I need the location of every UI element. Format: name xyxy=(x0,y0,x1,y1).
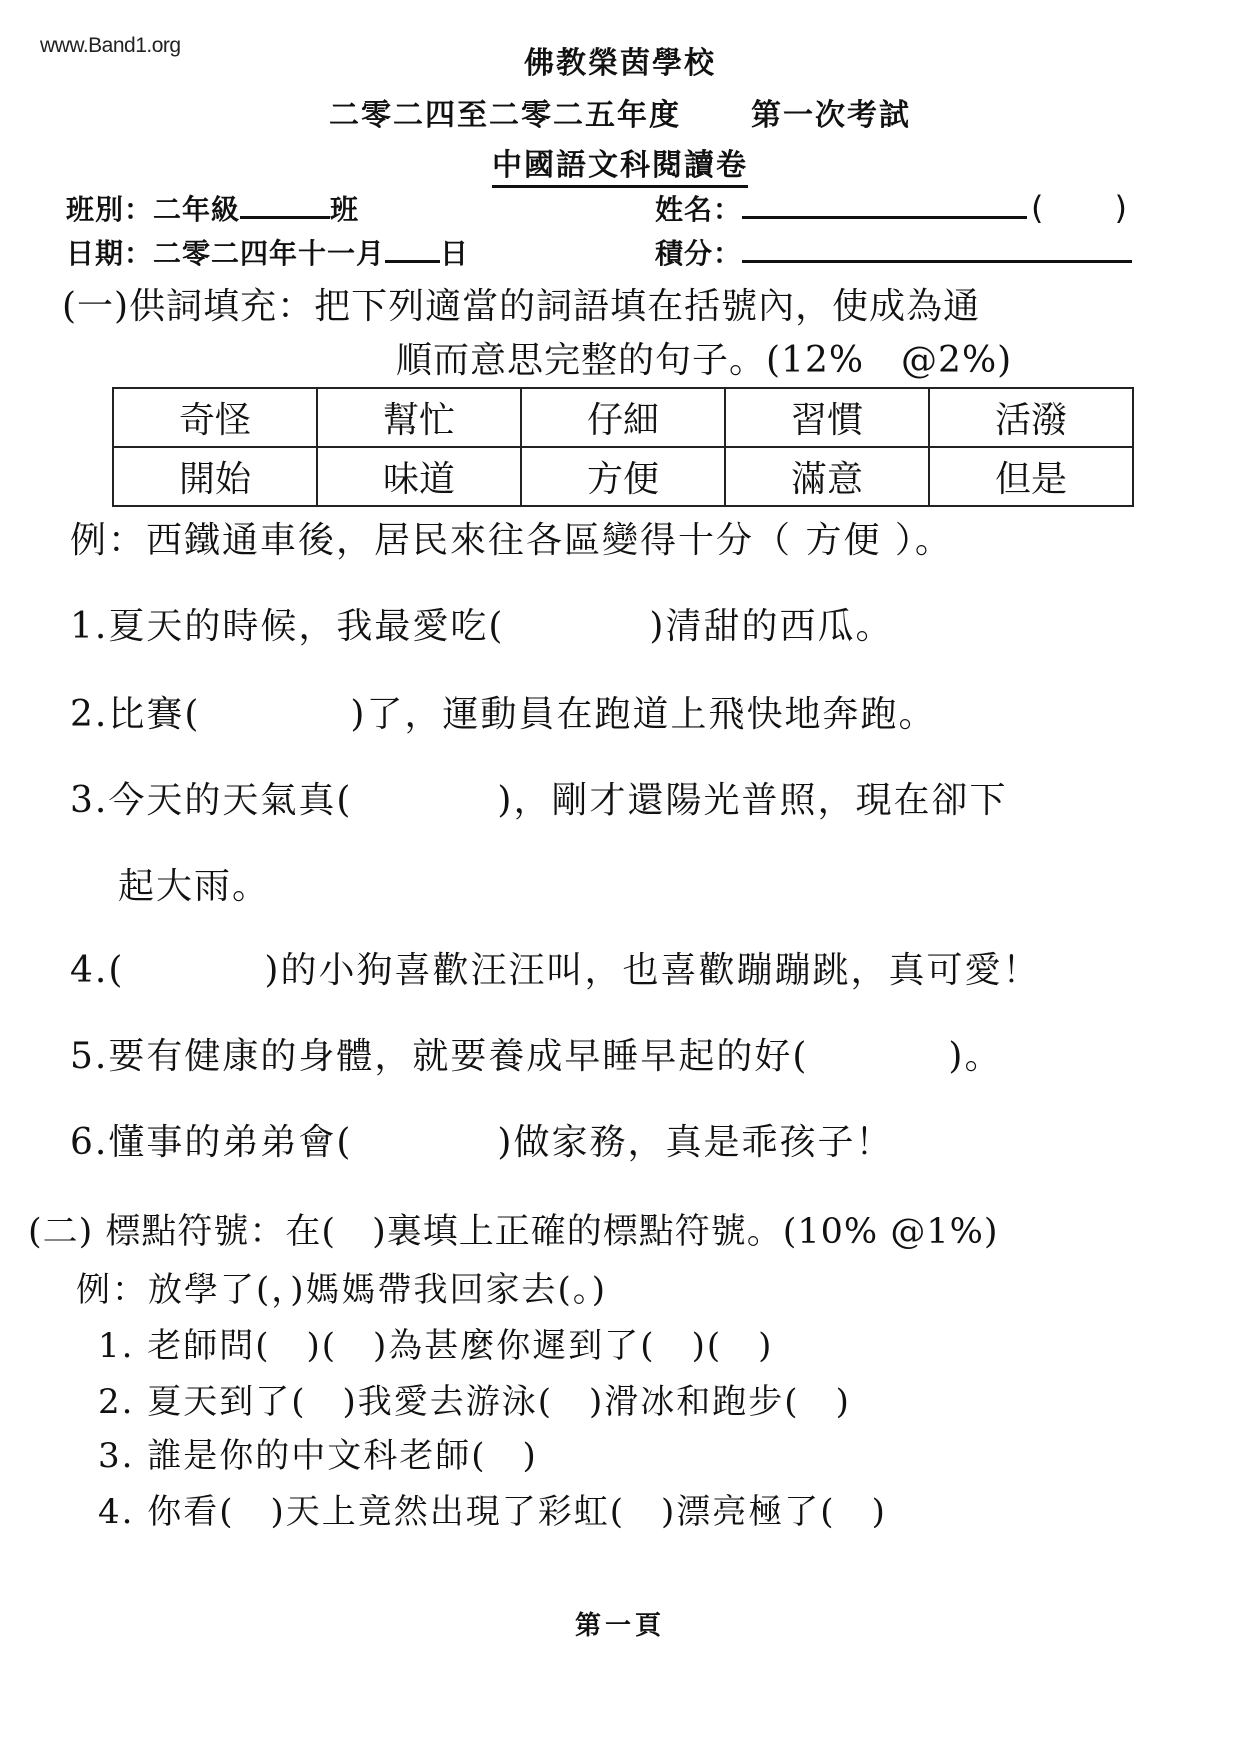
word-bank-cell: 滿意 xyxy=(725,447,929,506)
word-bank-cell: 仔細 xyxy=(521,388,725,447)
school-name: 佛教榮茵學校 xyxy=(0,38,1240,82)
question-4: 4.()的小狗喜歡汪汪叫，也喜歡蹦蹦跳，真可愛！ xyxy=(70,942,1040,993)
score-blank[interactable] xyxy=(742,259,1132,263)
paper-title-text: 中國語文科閱讀卷 xyxy=(492,148,748,188)
question-number: 3. xyxy=(70,780,108,821)
class-blank[interactable] xyxy=(240,215,330,219)
date-label: 日期：二零二四年十一月 xyxy=(66,237,385,270)
score-label: 積分： xyxy=(655,237,742,270)
question-number: 5. xyxy=(70,1036,108,1077)
number-open-paren: ( xyxy=(1031,189,1044,227)
punctuation-question-1[interactable]: 1. 老師問( )( )為甚麼你遲到了( )( ) xyxy=(98,1318,773,1367)
question-5: 5.要有健康的身體，就要養成早睡早起的好()。 xyxy=(70,1028,1002,1079)
name-field: 姓名：() xyxy=(655,188,1128,228)
question-number: 4. xyxy=(70,950,108,991)
paper-title: 中國語文科閱讀卷 xyxy=(0,140,1240,184)
section2-title: (二) 標點符號：在( )裏填上正確的標點符號。(10% @1%) xyxy=(28,1204,999,1254)
day-blank[interactable] xyxy=(385,259,440,263)
question-number: 6. xyxy=(70,1122,108,1163)
question-text: 要有健康的身體，就要養成早睡早起的好( xyxy=(108,1036,808,1077)
name-blank[interactable] xyxy=(742,215,1027,219)
word-bank-cell: 方便 xyxy=(521,447,725,506)
question-3: 3.今天的天氣真()，剛才還陽光普照，現在卻下 xyxy=(70,772,1007,823)
question-6: 6.懂事的弟弟會()做家務，真是乖孩子！ xyxy=(70,1114,893,1165)
question-text: 夏天的時候，我最愛吃( xyxy=(108,606,504,647)
question-text: 比賽( xyxy=(108,694,200,735)
class-field: 班別：二年級班 xyxy=(66,188,359,228)
question-text: )，剛才還陽光普照，現在卻下 xyxy=(497,780,1007,821)
question-text: ( xyxy=(108,950,124,991)
word-bank-cell: 奇怪 xyxy=(113,388,317,447)
class-suffix: 班 xyxy=(330,193,359,226)
punctuation-question-2[interactable]: 2. 夏天到了( )我愛去游泳( )滑冰和跑步( ) xyxy=(98,1374,851,1423)
question-text: )做家務，真是乖孩子！ xyxy=(497,1122,893,1163)
word-bank-cell: 開始 xyxy=(113,447,317,506)
punctuation-question-4[interactable]: 4. 你看( )天上竟然出現了彩虹( )漂亮極了( ) xyxy=(98,1484,887,1533)
word-bank-row: 開始 味道 方便 滿意 但是 xyxy=(113,447,1133,506)
section1-example: 例：西鐵通車後，居民來往各區變得十分（ 方便 ）。 xyxy=(70,512,953,563)
exam-year-line: 二零二四至二零二五年度第一次考試 xyxy=(0,90,1240,134)
word-bank-cell: 味道 xyxy=(317,447,521,506)
word-bank-cell: 活潑 xyxy=(929,388,1133,447)
date-field: 日期：二零二四年十一月日 xyxy=(66,232,469,272)
section1-title-line1: (一)供詞填充：把下列適當的詞語填在括號內，使成為通 xyxy=(62,278,980,329)
question-text: )了，運動員在跑道上飛快地奔跑。 xyxy=(350,694,936,735)
word-bank-cell: 幫忙 xyxy=(317,388,521,447)
question-2: 2.比賽()了，運動員在跑道上飛快地奔跑。 xyxy=(70,686,936,737)
class-label: 班別：二年級 xyxy=(66,193,240,226)
page-number: 第一頁 xyxy=(0,1605,1240,1642)
question-text: 今天的天氣真( xyxy=(108,780,352,821)
section2-example: 例：放學了(，)媽媽帶我回家去(。) xyxy=(76,1262,607,1311)
academic-year: 二零二四至二零二五年度 xyxy=(329,98,681,133)
word-bank-row: 奇怪 幫忙 仔細 習慣 活潑 xyxy=(113,388,1133,447)
question-text: )。 xyxy=(948,1036,1002,1077)
question-1: 1.夏天的時候，我最愛吃()清甜的西瓜。 xyxy=(70,598,893,649)
word-bank-cell: 但是 xyxy=(929,447,1133,506)
score-field: 積分： xyxy=(655,232,1132,272)
question-text: 懂事的弟弟會( xyxy=(108,1122,352,1163)
number-close-paren: ) xyxy=(1115,189,1128,227)
question-number: 2. xyxy=(70,694,108,735)
question-number: 1. xyxy=(70,606,108,647)
name-label: 姓名： xyxy=(655,193,742,226)
word-bank-table: 奇怪 幫忙 仔細 習慣 活潑 開始 味道 方便 滿意 但是 xyxy=(112,387,1134,507)
question-text: )清甜的西瓜。 xyxy=(649,606,893,647)
date-suffix: 日 xyxy=(440,237,469,270)
section1-title-line2: 順而意思完整的句子。(12% @2%) xyxy=(396,332,1012,383)
question-text: )的小狗喜歡汪汪叫，也喜歡蹦蹦跳，真可愛！ xyxy=(264,950,1040,991)
punctuation-question-3[interactable]: 3. 誰是你的中文科老師( ) xyxy=(98,1428,538,1477)
exam-name: 第一次考試 xyxy=(751,98,911,133)
word-bank-cell: 習慣 xyxy=(725,388,929,447)
question-3-continued: 起大雨。 xyxy=(118,858,270,909)
